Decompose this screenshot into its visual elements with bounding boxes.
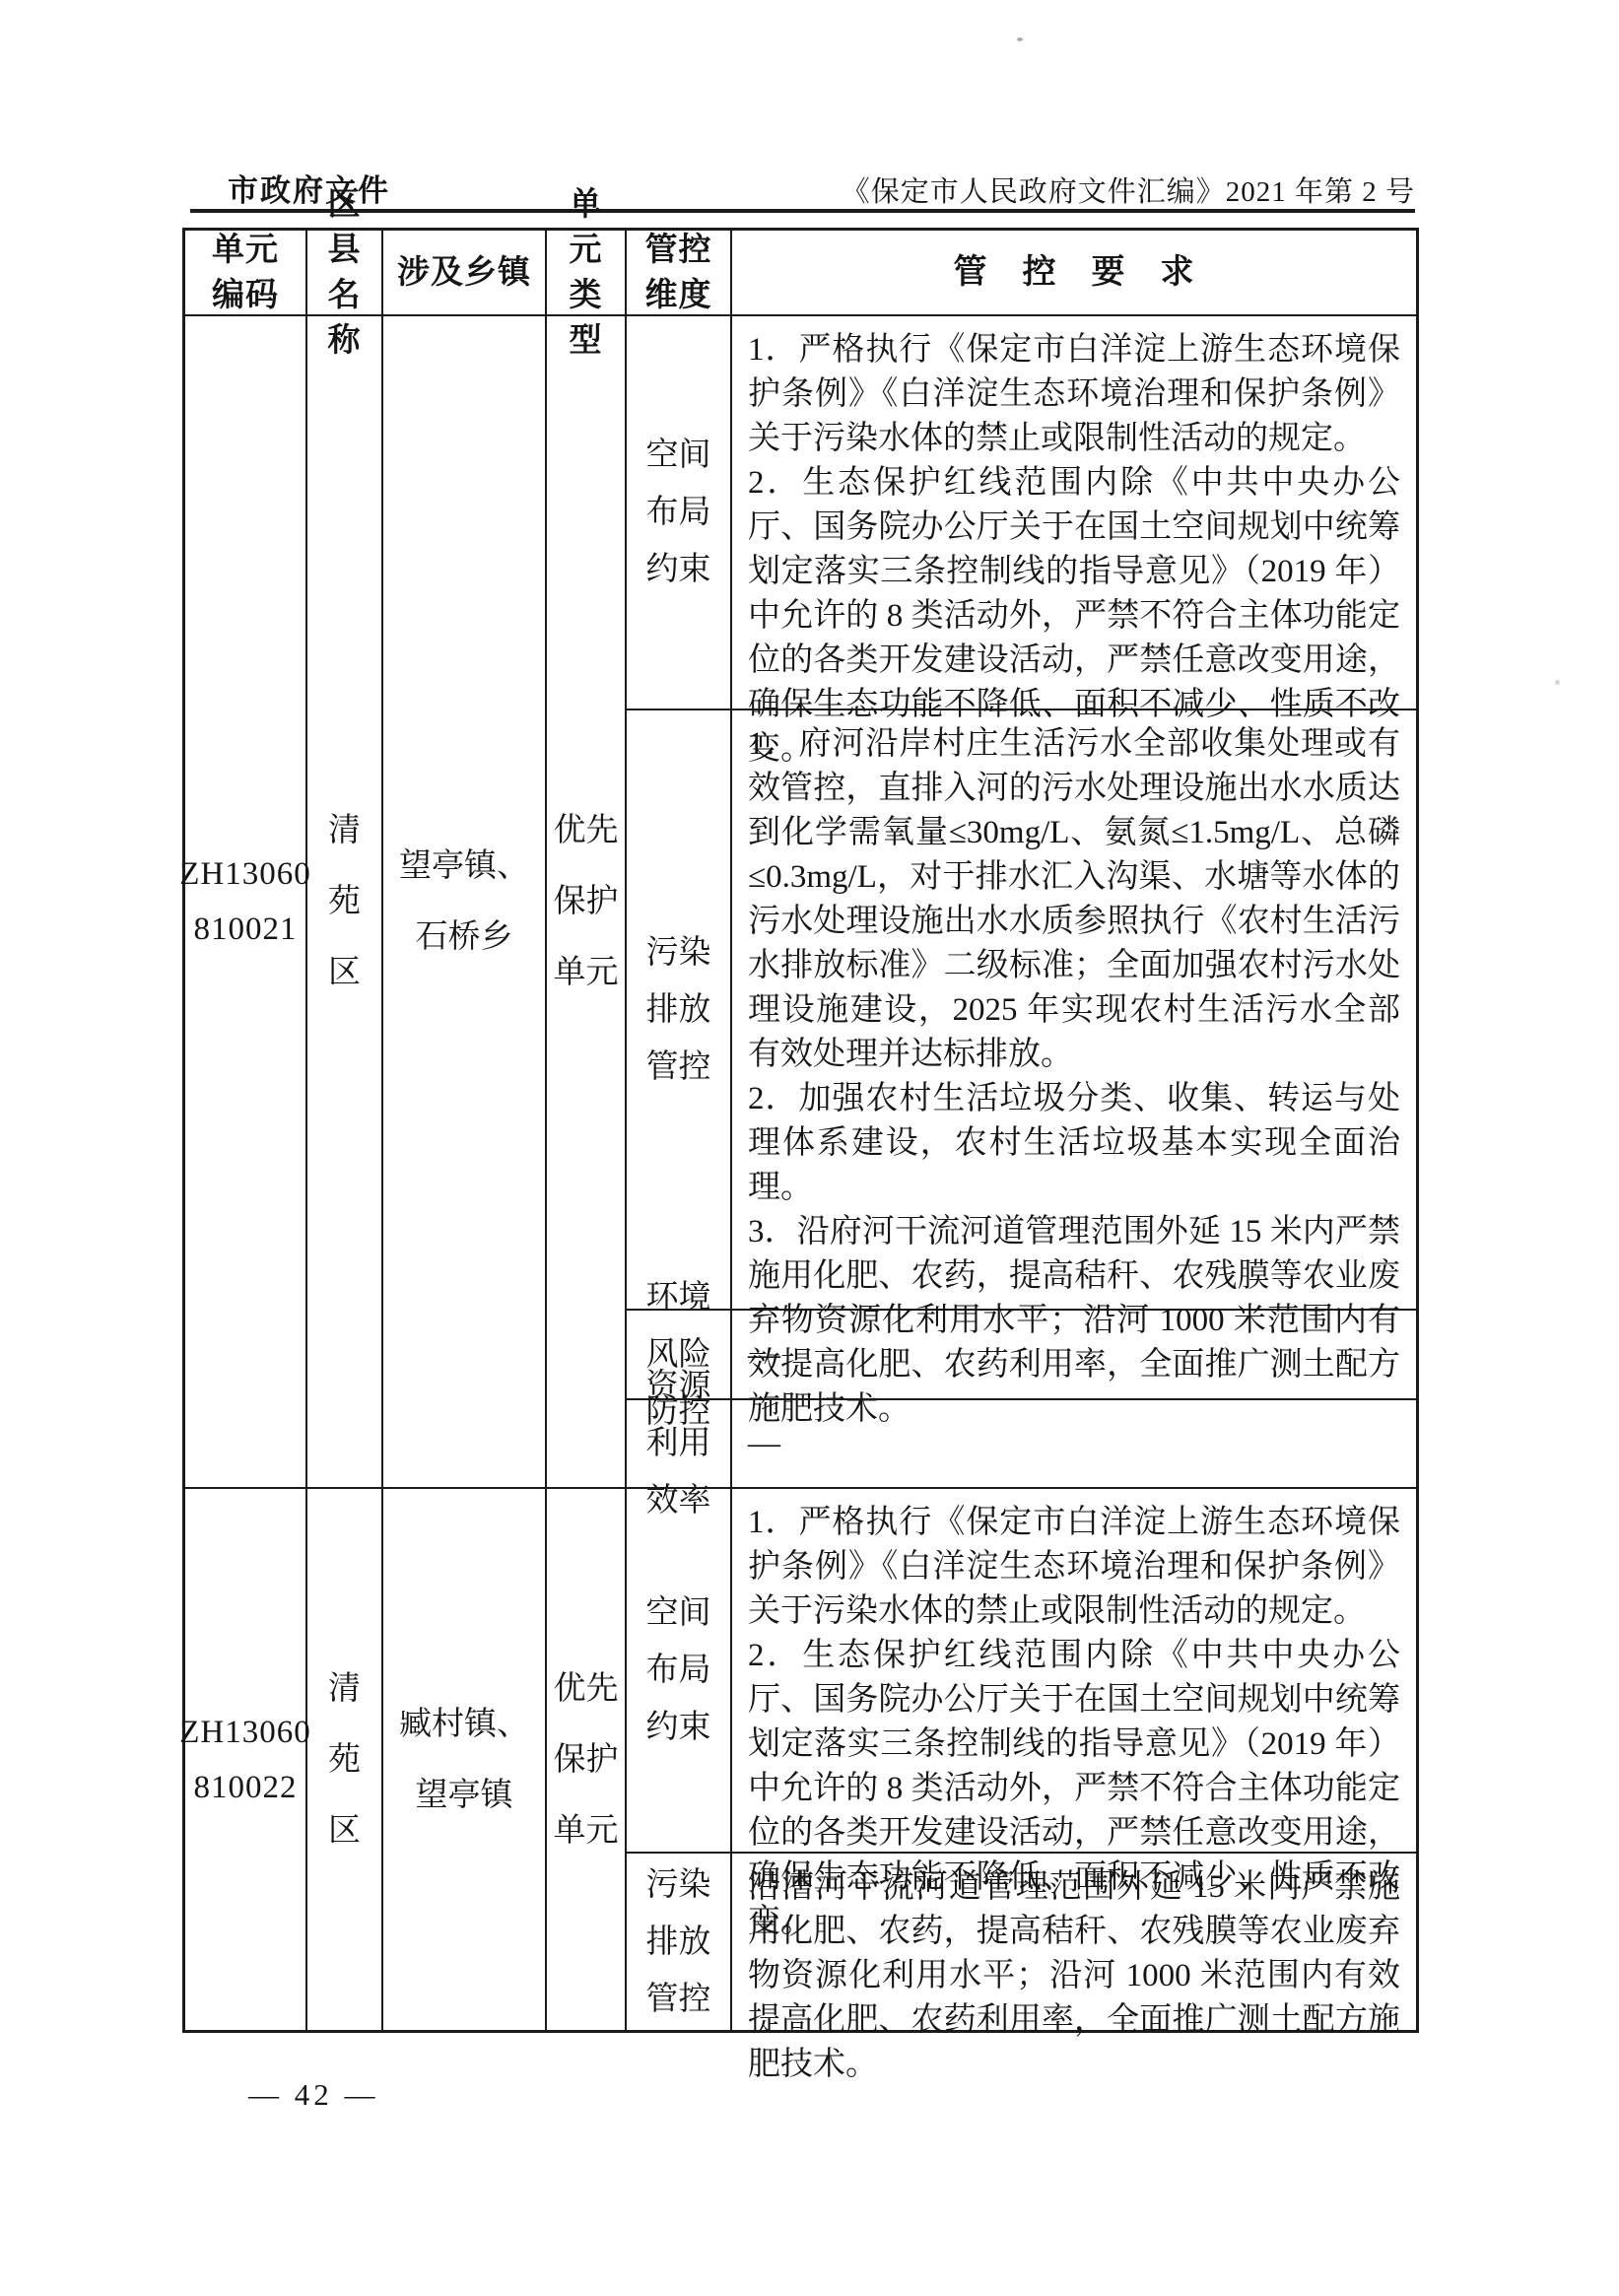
district-cell: 清苑区 [307,1489,383,2030]
requirement-cell: 沿漕河干流河道管理范围外延 15 米内严禁施用化肥、农药，提高秸秆、农残膜等农业… [732,1854,1416,2030]
unit-code-cell: ZH13060 810022 [185,1489,307,2030]
col-header-unit-type: 单元 类型 [547,231,627,316]
requirement-cell: 1．府河沿岸村庄生活污水全部收集处理或有效管控，直排入河的污水处理设施出水水质达… [732,710,1416,1311]
document-page: 市政府文件 《保定市人民政府文件汇编》2021 年第 2 号 单元 编码 区县 … [0,0,1619,2296]
page-number: — 42 — [248,2077,379,2113]
col-header-towns: 涉及乡镇 [383,231,547,316]
towns-cell: 臧村镇、望亭镇 [383,1489,547,2030]
requirement-cell: 1．严格执行《保定市白洋淀上游生态环境保护条例》《白洋淀生态环境治理和保护条例》… [732,1489,1416,1854]
col-header-requirement: 管 控 要 求 [732,231,1416,316]
dimension-cell: 污染排放管控 [627,1854,732,2030]
unit-type-cell: 优先保护单元 [547,1489,627,2030]
requirement-cell: — [732,1311,1416,1400]
col-header-unit-code: 单元 编码 [185,231,307,316]
dimension-cell: 空间布局约束 [627,316,732,710]
unit-type-cell: 优先保护单元 [547,316,627,1489]
dimension-cell: 资源利用效率 [627,1400,732,1489]
control-table: 单元 编码 区县 名称 涉及乡镇 单元 类型 管控 维度 管 控 要 求 ZH1… [182,228,1419,2033]
district-cell: 清苑区 [307,316,383,1489]
col-header-dimension: 管控 维度 [627,231,732,316]
scan-artifact [1017,37,1023,41]
towns-cell: 望亭镇、石桥乡 [383,316,547,1489]
requirement-cell: 1．严格执行《保定市白洋淀上游生态环境保护条例》《白洋淀生态环境治理和保护条例》… [732,316,1416,710]
scan-artifact [1555,680,1560,685]
doc-header-right: 《保定市人民政府文件汇编》2021 年第 2 号 [842,169,1415,210]
dimension-cell: 空间布局约束 [627,1489,732,1854]
dimension-cell: 污染排放管控 [627,710,732,1311]
col-header-district: 区县 名称 [307,231,383,316]
unit-code-cell: ZH13060 810021 [185,316,307,1489]
requirement-cell: — [732,1400,1416,1489]
